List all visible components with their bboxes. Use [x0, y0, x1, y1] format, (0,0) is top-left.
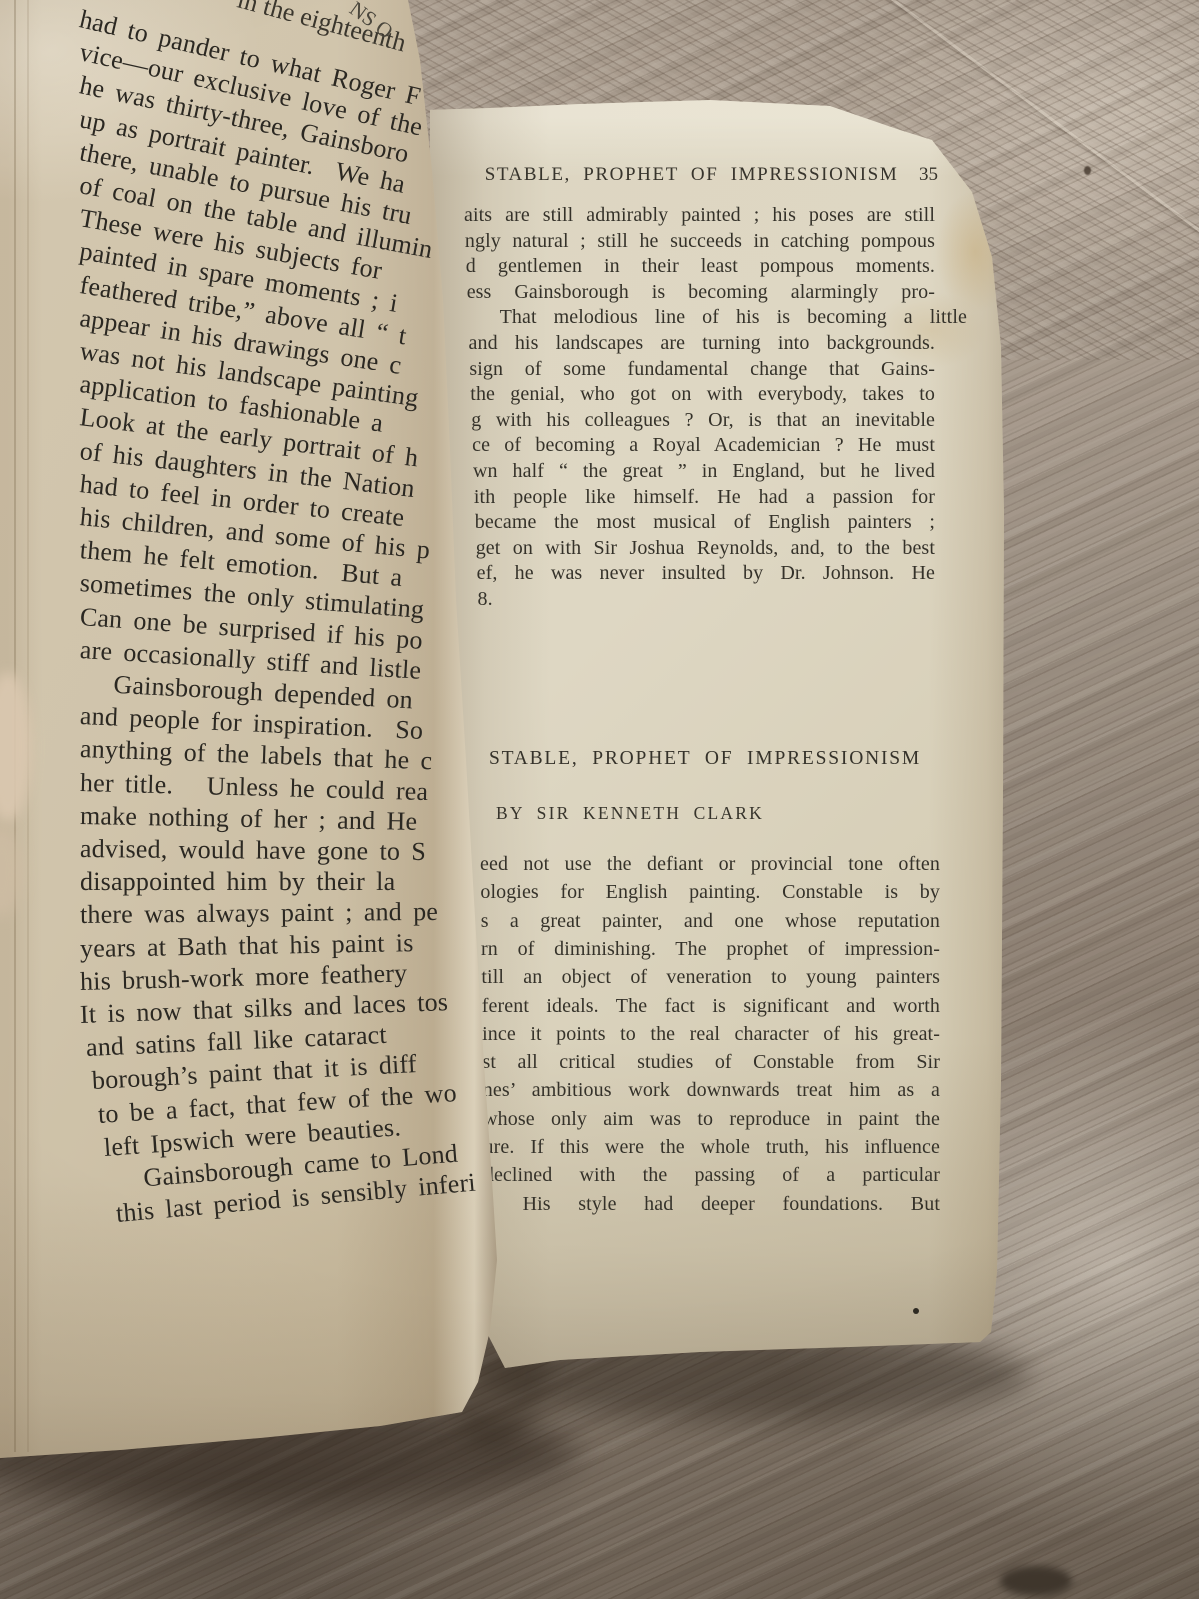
- text-line: ologies for English painting. Constable …: [480, 881, 940, 907]
- text-line: the genial, who got on with everybody, t…: [470, 383, 935, 409]
- book-photo: STABLE, PROPHET OF IMPRESSIONISM 35 aits…: [0, 0, 1199, 1599]
- text-line: st all critical studies of Constable fro…: [482, 1051, 940, 1077]
- wood-knot: [1000, 1566, 1072, 1596]
- text-line: advised, would have gone to S: [80, 834, 426, 867]
- text-line: g with his colleagues ? Or, is that an i…: [471, 409, 935, 435]
- right-page: STABLE, PROPHET OF IMPRESSIONISM 35 aits…: [430, 92, 1010, 1374]
- text-line: disappointed him by their la: [80, 867, 395, 897]
- text-line: t. His style had deeper foundations. But: [484, 1193, 940, 1219]
- text-line: ince it points to the real character of …: [482, 1023, 940, 1049]
- text-line: and his landscapes are turning into back…: [469, 332, 936, 358]
- text-line: whose only aim was to reproduce in paint…: [483, 1108, 940, 1134]
- page-number: 35: [919, 164, 938, 186]
- chapter-heading: STABLE, PROPHET OF IMPRESSIONISM: [485, 748, 925, 770]
- text-line: ferent ideals. The fact is significant a…: [482, 995, 940, 1021]
- text-line: ef, he was never insulted by Dr. Johnson…: [477, 562, 935, 588]
- text-line: wn half “ the great ” in England, but he…: [473, 460, 935, 486]
- text-line: nes’ ambitious work downwards treat him …: [483, 1079, 940, 1105]
- text-line: ngly natural ; still he succeeds in catc…: [465, 230, 935, 256]
- text-line: became the most musical of English paint…: [475, 511, 935, 537]
- page-speck: [913, 1308, 919, 1314]
- text-line: declined with the passing of a particula…: [484, 1164, 940, 1190]
- text-line: ure. If this were the whole truth, his i…: [484, 1136, 941, 1162]
- text-line: till an object of veneration to young pa…: [481, 966, 940, 992]
- text-line: d gentlemen in their least pompous momen…: [466, 255, 935, 281]
- left-page: in the eighteenth NS O had to pander to …: [0, 0, 510, 1468]
- text-line: 8.: [478, 588, 936, 614]
- text-line: rn of diminishing. The prophet of impres…: [481, 938, 940, 964]
- text-line: there was always paint ; and pe: [80, 897, 438, 930]
- chapter-byline: BY SIR KENNETH CLARK: [430, 803, 830, 824]
- text-line: ith people like himself. He had a passio…: [474, 486, 935, 512]
- running-header-title: STABLE, PROPHET OF IMPRESSIONISM: [464, 164, 919, 186]
- text-line: eed not use the defiant or provincial to…: [480, 853, 940, 879]
- text-line: aits are still admirably painted ; his p…: [464, 204, 935, 230]
- text-line: s a great painter, and one whose reputat…: [481, 910, 940, 936]
- text-line: make nothing of her ; and He: [80, 801, 418, 837]
- text-line: ce of becoming a Royal Academician ? He …: [472, 434, 935, 460]
- text-line: ess Gainsborough is becoming alarmingly …: [467, 281, 935, 307]
- wood-speck: [1084, 166, 1091, 175]
- text-line: get on with Sir Joshua Reynolds, and, to…: [476, 537, 935, 563]
- running-header: STABLE, PROPHET OF IMPRESSIONISM 35: [464, 164, 938, 186]
- text-line: sign of some fundamental change that Gai…: [469, 358, 935, 384]
- text-line: years at Bath that his paint is: [80, 928, 414, 964]
- text-line: That melodious line of his is becoming a…: [468, 306, 967, 332]
